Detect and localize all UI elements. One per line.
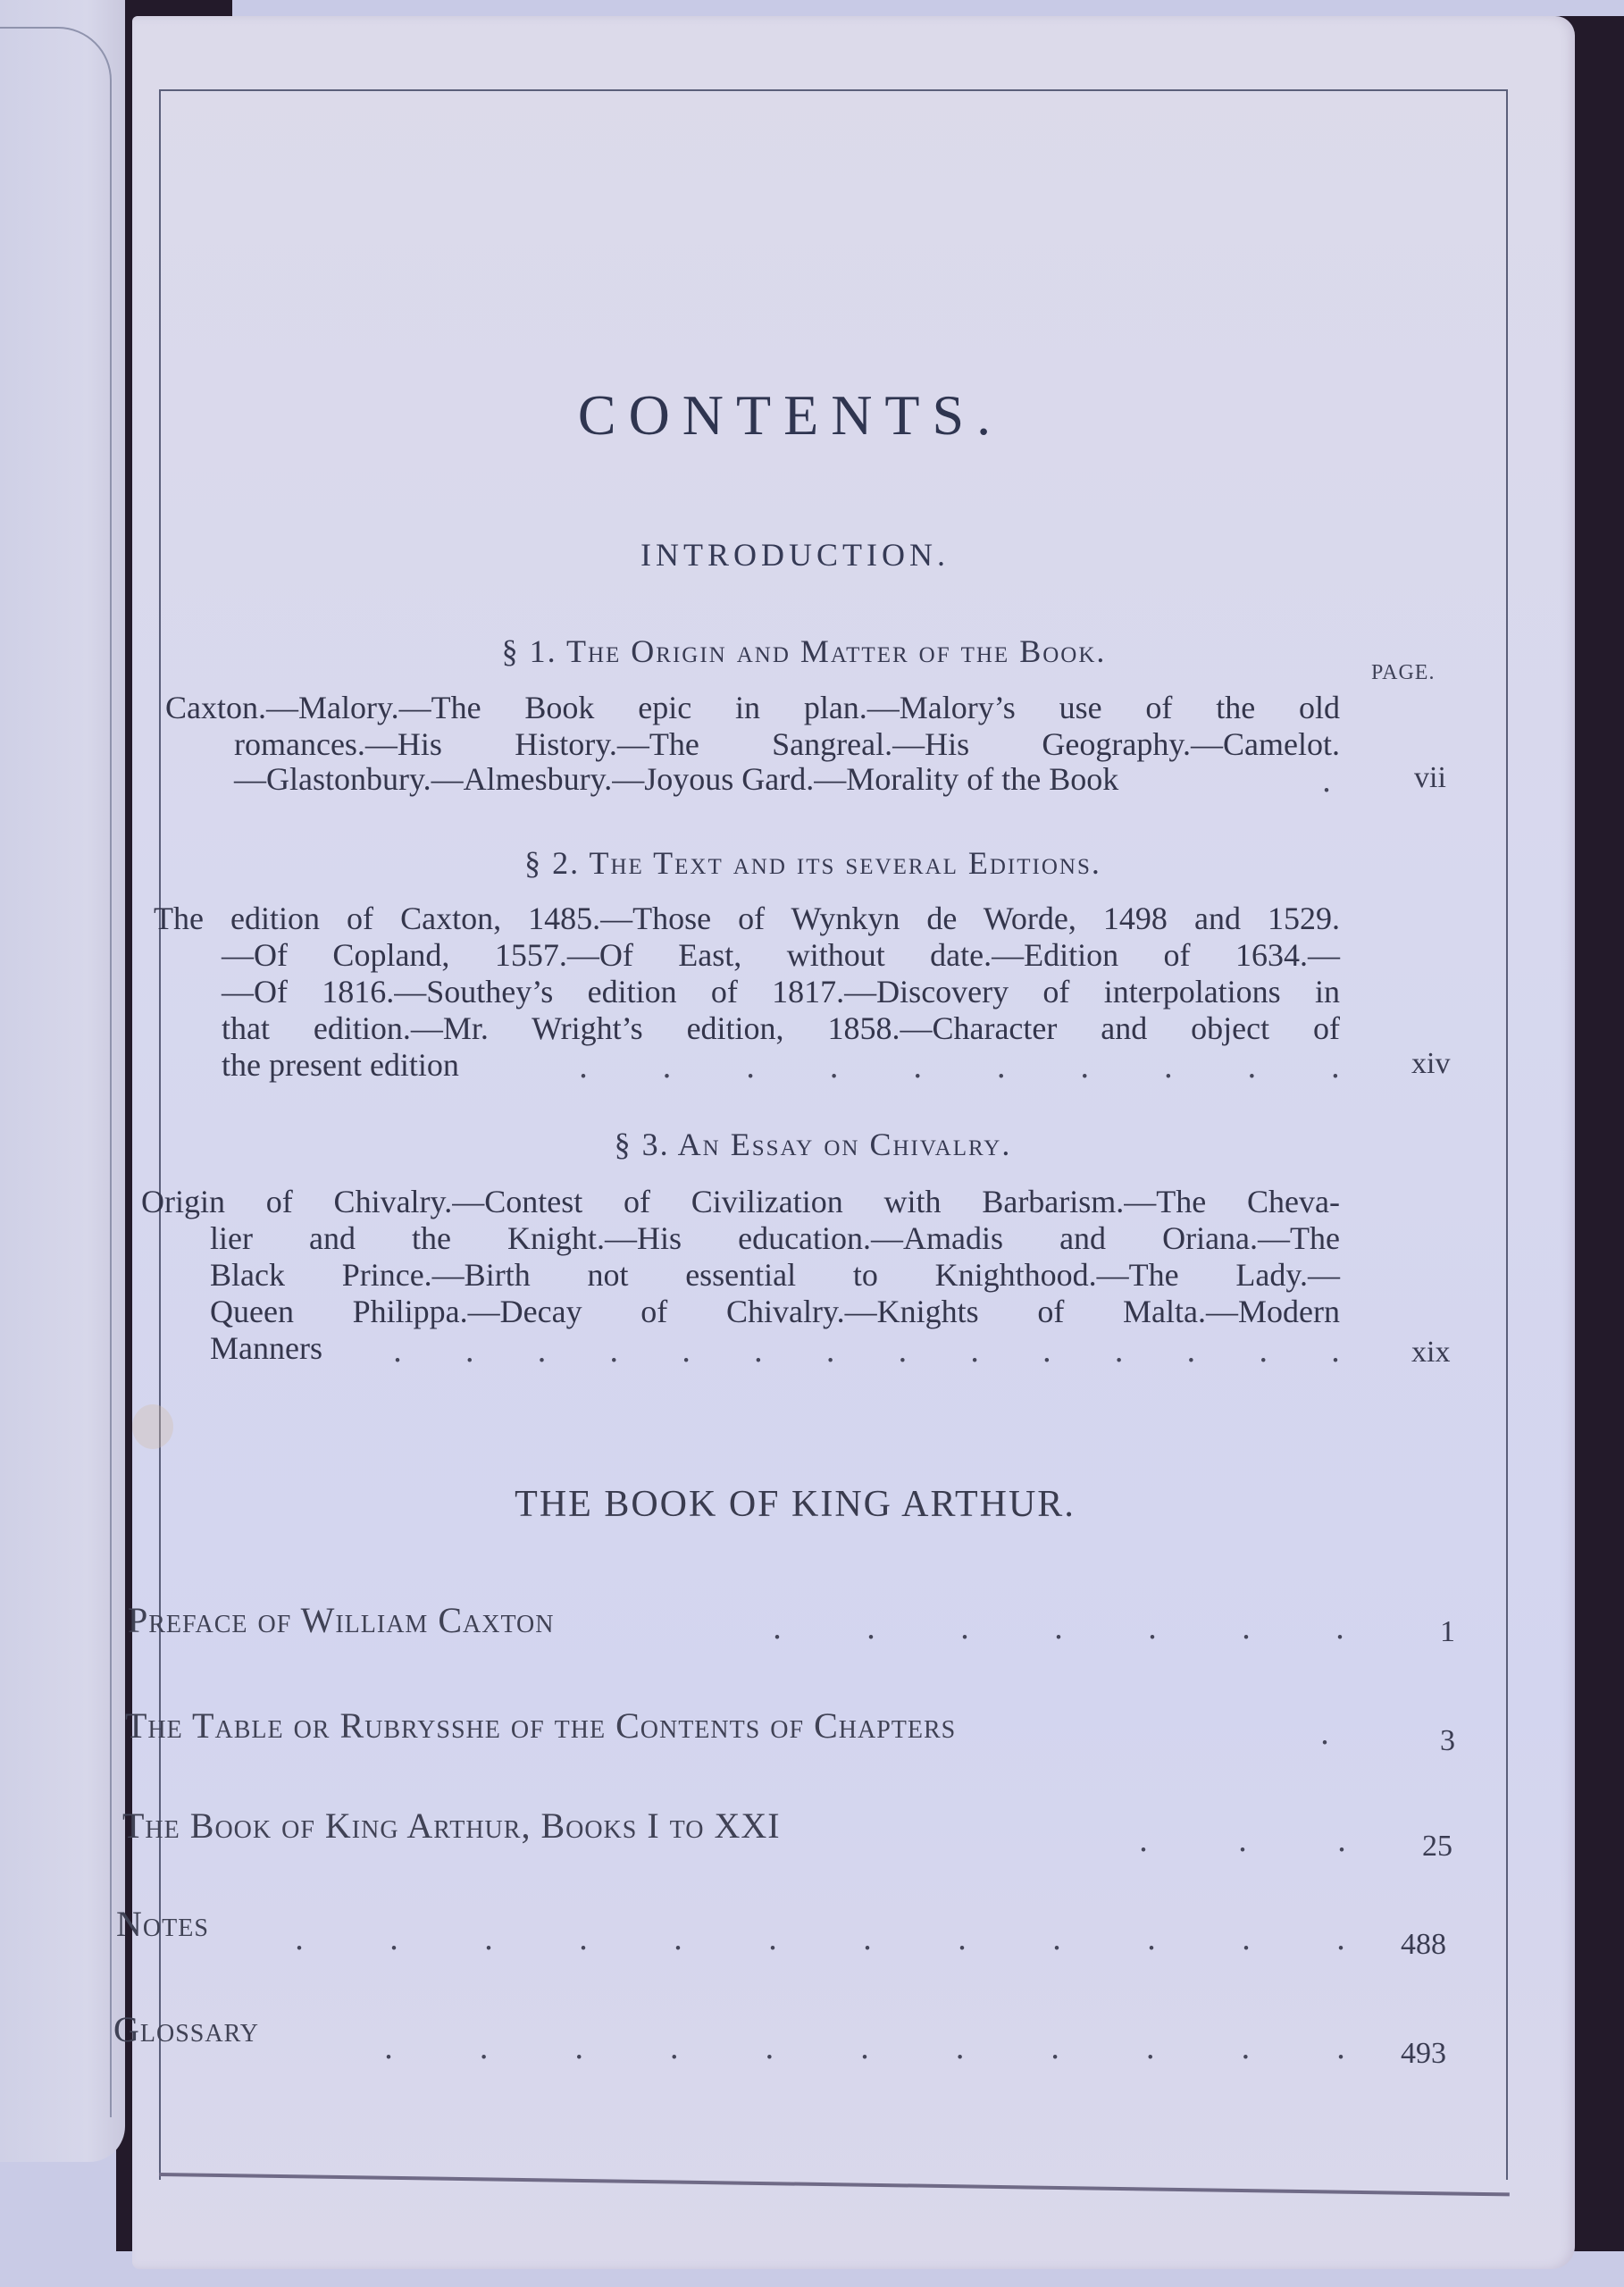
dot-leader: ..............	[393, 1331, 1340, 1370]
section-1-heading: § 1. The Origin and Matter of the Book.	[268, 632, 1340, 670]
toc-entry-table-of-chapters: The Table or Rubrysshe of the Contents o…	[125, 1705, 956, 1747]
dot-leader: ............	[295, 1919, 1345, 1958]
dot-leader: ...........	[384, 2028, 1345, 2067]
summary-line: —Of Copland, 1557.—Of East, without date…	[222, 937, 1340, 974]
section-1-summary-cont: romances.—His History.—The Sangreal.—His…	[234, 726, 1340, 763]
section-1-summary: Caxton.—Malory.—The Book epic in plan.—M…	[165, 690, 1340, 726]
dot-leader: .	[1320, 1713, 1338, 1753]
toc-entry-notes: Notes	[116, 1903, 209, 1945]
section-2-summary: The edition of Caxton, 1485.—Those of Wy…	[154, 901, 1340, 937]
page-number: xiv	[1411, 1047, 1450, 1081]
summary-line: Caxton.—Malory.—The Book epic in plan.—M…	[165, 690, 1340, 726]
page-number: 25	[1422, 1830, 1452, 1864]
contents-text: CONTENTS. INTRODUCTION. § 1. The Origin …	[0, 0, 1624, 2287]
section-2-heading: § 2. The Text and its several Editions.	[268, 844, 1358, 882]
summary-line: Origin of Chivalry.—Contest of Civilizat…	[141, 1184, 1340, 1220]
introduction-heading: INTRODUCTION.	[0, 536, 1590, 574]
page-number: 1	[1440, 1615, 1455, 1649]
toc-entry-preface: Preface of William Caxton	[128, 1599, 554, 1641]
dot-leader: ...	[1139, 1821, 1346, 1860]
page-number: 488	[1401, 1928, 1446, 1962]
toc-entry-glossary: Glossary	[113, 2008, 259, 2050]
section-3-heading: § 3. An Essay on Chivalry.	[268, 1126, 1358, 1163]
page-column-label: PAGE.	[1371, 661, 1435, 685]
summary-line: Black Prince.—Birth not essential to Kni…	[210, 1257, 1340, 1294]
page-number: vii	[1414, 761, 1446, 795]
page-title: CONTENTS.	[0, 382, 1581, 448]
dot-leader: .......	[773, 1608, 1344, 1647]
section-3-summary: Origin of Chivalry.—Contest of Civilizat…	[141, 1184, 1340, 1220]
page-number: xix	[1411, 1336, 1450, 1370]
dot-leader: .	[1322, 761, 1340, 800]
summary-line: lier and the Knight.—His education.—Amad…	[210, 1220, 1340, 1257]
summary-line: romances.—His History.—The Sangreal.—His…	[234, 726, 1340, 763]
toc-entry-books: The Book of King Arthur, Books I to XXI	[122, 1805, 781, 1847]
section-1-summary-last: —Glastonbury.—Almesbury.—Joyous Gard.—Mo…	[234, 761, 1306, 798]
page-number: 493	[1401, 2037, 1446, 2071]
book-heading: THE BOOK OF KING ARTHUR.	[0, 1483, 1590, 1526]
page-number: 3	[1440, 1724, 1455, 1758]
dot-leader: ..........	[579, 1047, 1340, 1086]
summary-line: —Of 1816.—Southey’s edition of 1817.—Dis…	[222, 974, 1340, 1010]
summary-line: Queen Philippa.—Decay of Chivalry.—Knigh…	[210, 1294, 1340, 1330]
summary-line: —Glastonbury.—Almesbury.—Joyous Gard.—Mo…	[234, 761, 1306, 798]
summary-line: that edition.—Mr. Wright’s edition, 1858…	[222, 1010, 1340, 1047]
summary-line: The edition of Caxton, 1485.—Those of Wy…	[154, 901, 1340, 937]
